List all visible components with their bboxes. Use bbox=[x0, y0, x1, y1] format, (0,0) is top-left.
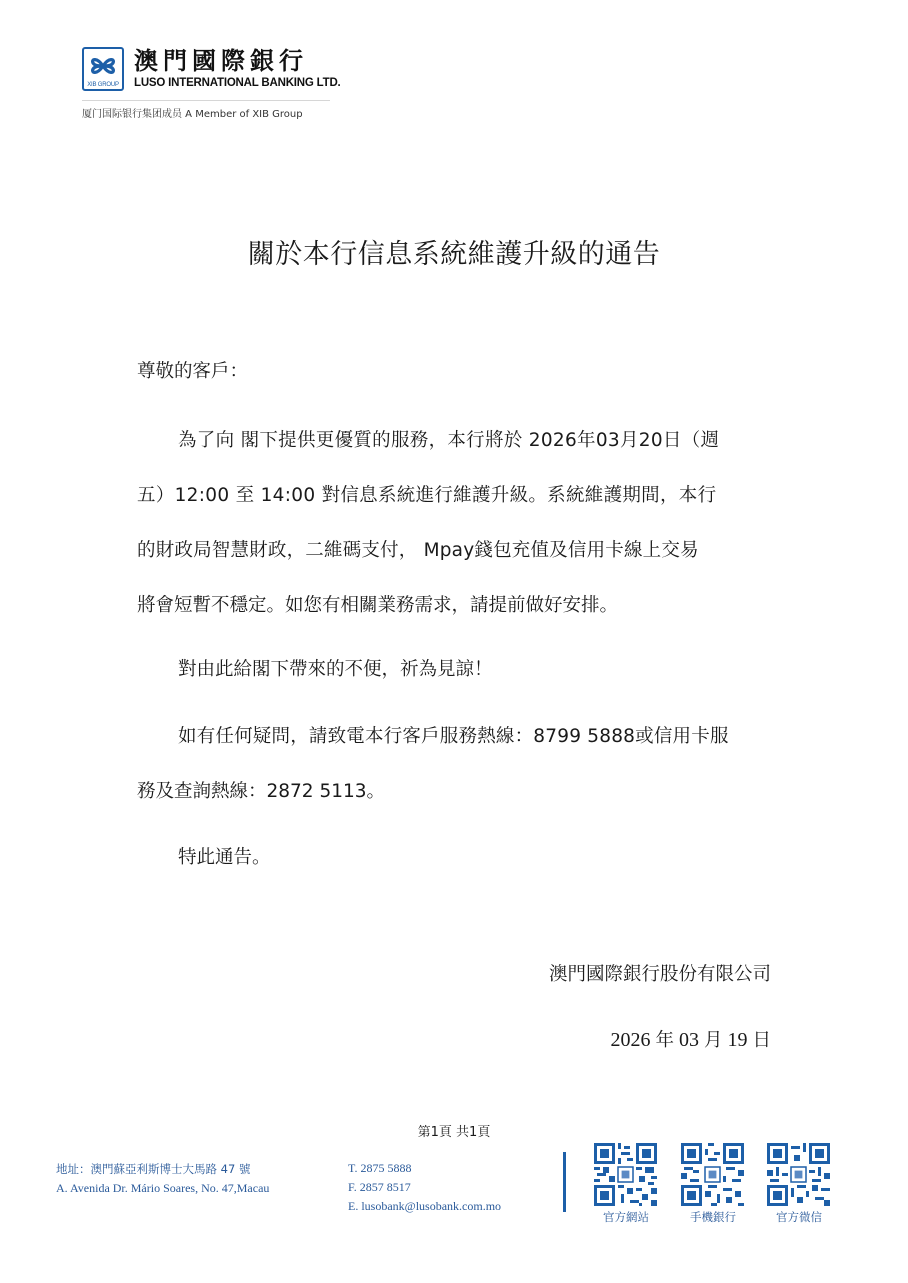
signature-company: 澳門國際銀行股份有限公司 bbox=[549, 960, 771, 986]
qr-label-mobile-banking: 手機銀行 bbox=[668, 1209, 758, 1225]
date-day-unit: 日 bbox=[752, 1030, 771, 1051]
page-indicator: 第1頁 共1頁 bbox=[0, 1121, 908, 1141]
xib-logo-icon: XIB GROUP bbox=[82, 47, 124, 91]
paragraph3-line1: 如有任何疑問，請致電本行客戶服務熱線：8799 5888或信用卡服 bbox=[178, 722, 729, 748]
paragraph1-line2: 五）12:00 至 14:00 對信息系統進行維護升級。系統維護期間，本行 bbox=[137, 481, 716, 507]
date-month: 03 bbox=[679, 1029, 699, 1051]
fax-number: F. 2857 8517 bbox=[348, 1180, 411, 1195]
notice-title: 關於本行信息系統維護升級的通告 bbox=[0, 232, 908, 271]
date-day: 19 bbox=[727, 1029, 747, 1051]
paragraph1-line3: 的財政局智慧財政，二維碼支付， Mpay錢包充值及信用卡線上交易 bbox=[137, 536, 699, 562]
date-year: 2026 bbox=[610, 1029, 650, 1051]
date-month-unit: 月 bbox=[704, 1030, 723, 1051]
closing-paragraph: 特此通告。 bbox=[178, 843, 271, 869]
header-divider bbox=[82, 100, 330, 101]
qr-code-icon[interactable] bbox=[594, 1143, 657, 1206]
paragraph3-line2: 務及查詢熱線：2872 5113。 bbox=[137, 777, 385, 803]
phone-number: T. 2875 5888 bbox=[348, 1161, 411, 1176]
page-indicator-text: 第1頁 共1頁 bbox=[418, 1125, 491, 1140]
date-year-unit: 年 bbox=[655, 1030, 674, 1051]
qr-code-icon[interactable] bbox=[681, 1143, 744, 1206]
salutation: 尊敬的客戶： bbox=[137, 357, 248, 383]
logo-badge-text: XIB GROUP bbox=[84, 82, 122, 88]
bank-name-cn: 澳門國際銀行 bbox=[134, 47, 308, 75]
qr-code-icon[interactable] bbox=[767, 1143, 830, 1206]
qr-label-wechat: 官方微信 bbox=[754, 1209, 844, 1225]
email-link[interactable]: E. lusobank@lusobank.com.mo bbox=[348, 1199, 501, 1214]
address-cn: 地址：澳門蘇亞利斯博士大馬路 47 號 bbox=[56, 1161, 250, 1177]
signature-date: 2026 年 03 月 19 日 bbox=[610, 1026, 771, 1052]
bank-name-en: LUSO INTERNATIONAL BANKING LTD. bbox=[134, 77, 341, 89]
apology-paragraph: 對由此給閣下帶來的不便，祈為見諒！ bbox=[178, 655, 493, 681]
footer-divider bbox=[563, 1152, 566, 1212]
qr-label-website: 官方網站 bbox=[581, 1209, 671, 1225]
paragraph1-line1: 為了向 閣下提供更優質的服務，本行將於 2026年03月20日（週 bbox=[178, 426, 719, 452]
address-en: A. Avenida Dr. Mário Soares, No. 47,Maca… bbox=[56, 1181, 269, 1196]
paragraph1-line4: 將會短暫不穩定。如您有相關業務需求，請提前做好安排。 bbox=[137, 591, 618, 617]
group-member-line: 厦门国际银行集团成员 A Member of XIB Group bbox=[82, 105, 303, 120]
